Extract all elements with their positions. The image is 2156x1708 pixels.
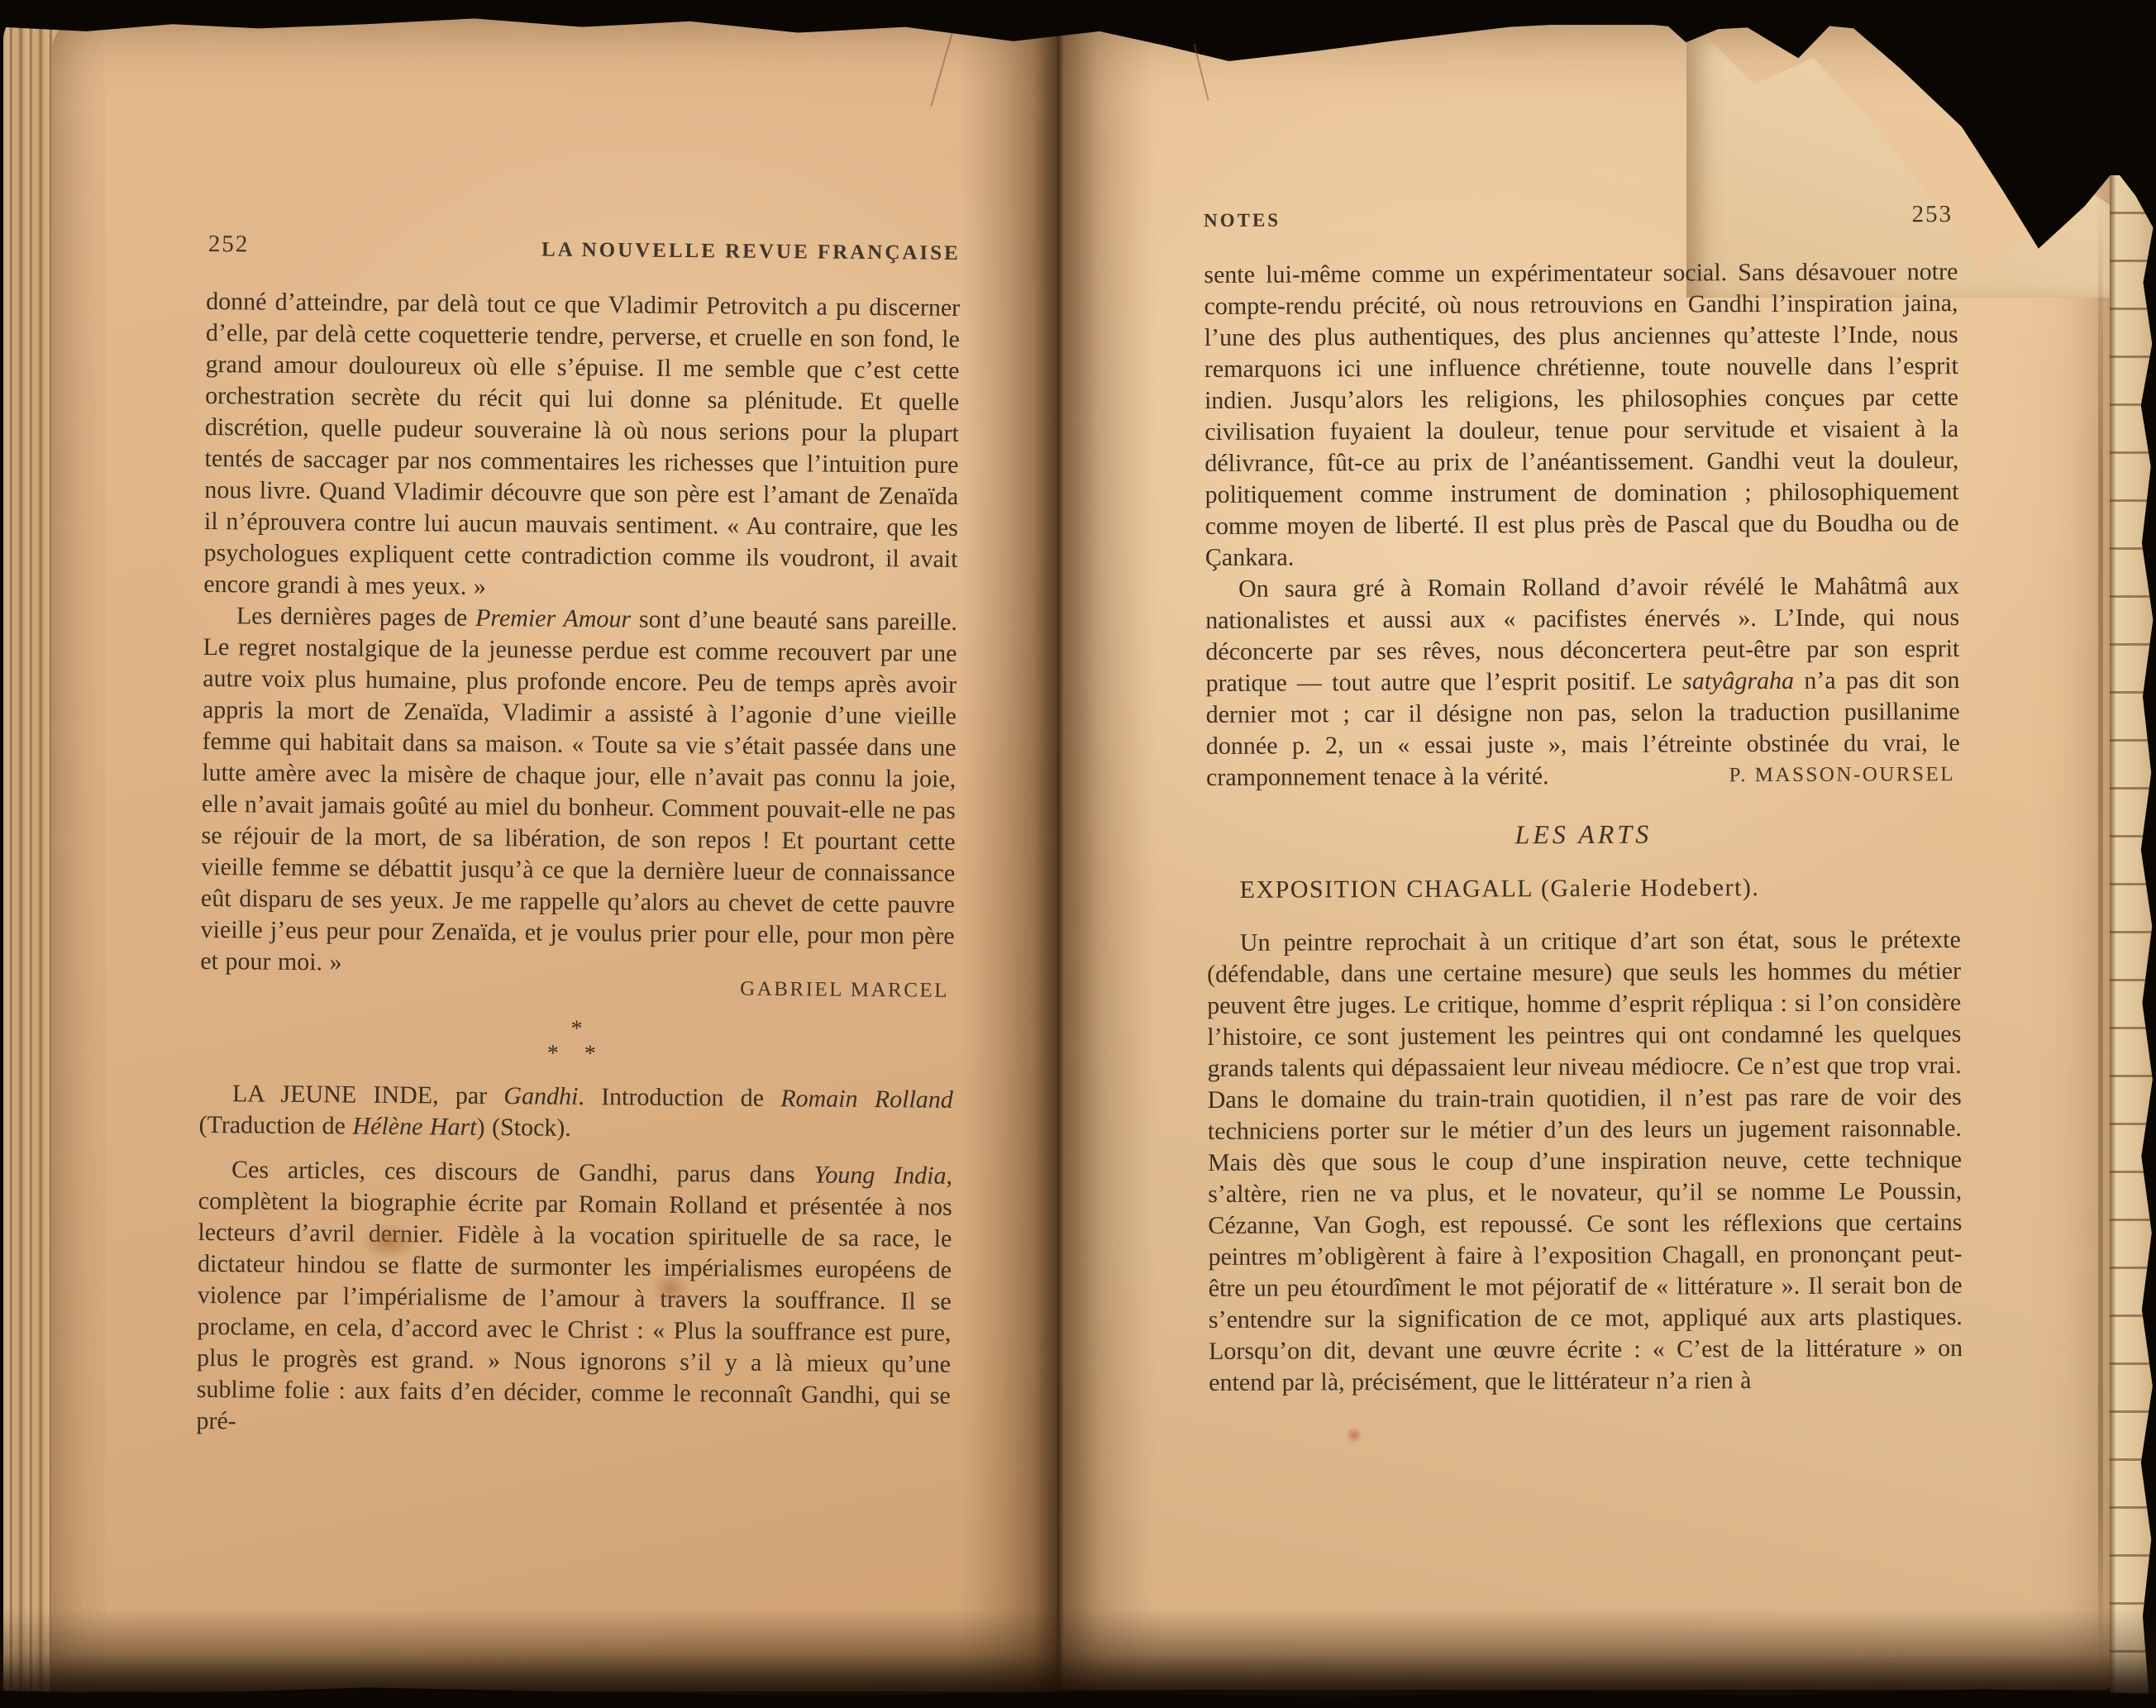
- paragraph: Un peintre reprochait à un critique d’ar…: [1207, 924, 1963, 1399]
- open-book-photo: 252 LA NOUVELLE REVUE FRANÇAISE donné d’…: [0, 0, 2156, 1708]
- paragraph: sente lui-même comme un expérimentateur …: [1204, 256, 1959, 574]
- left-running-head: 252 LA NOUVELLE REVUE FRANÇAISE: [207, 231, 961, 276]
- page-number: 252: [208, 228, 250, 260]
- paragraph: Les dernières pages de Premier Amour son…: [200, 600, 957, 984]
- section-heading-les-arts: LES ARTS: [1206, 817, 1960, 852]
- book-review-heading: LA JEUNE INDE, par Gandhi. Introduction …: [198, 1078, 953, 1147]
- page-number: 253: [1911, 198, 1953, 230]
- running-title: LA NOUVELLE REVUE FRANÇAISE: [541, 235, 961, 270]
- right-page-edge-crease: [2098, 207, 2103, 1678]
- paper-stain: [651, 1271, 689, 1306]
- right-page-text: NOTES 253 sente lui-même comme un expéri…: [1204, 202, 1963, 1399]
- right-running-head: NOTES 253: [1204, 202, 1958, 243]
- gutter-shadow: [959, 0, 1157, 1708]
- section-separator: * * *: [199, 1014, 953, 1070]
- page-stack-right-edge: [2110, 175, 2154, 1708]
- paper-stain: [360, 1224, 418, 1260]
- running-title: NOTES: [1204, 205, 1281, 236]
- left-page-text: 252 LA NOUVELLE REVUE FRANÇAISE donné d’…: [196, 231, 961, 1443]
- paragraph: donné d’atteindre, par delà tout ce que …: [203, 286, 960, 607]
- paragraph: Ces articles, ces discours de Gandhi, pa…: [196, 1154, 952, 1443]
- exposition-heading: EXPOSITION CHAGALL (Galerie Hodebert).: [1207, 871, 1961, 906]
- paper-stain: [1346, 1427, 1362, 1443]
